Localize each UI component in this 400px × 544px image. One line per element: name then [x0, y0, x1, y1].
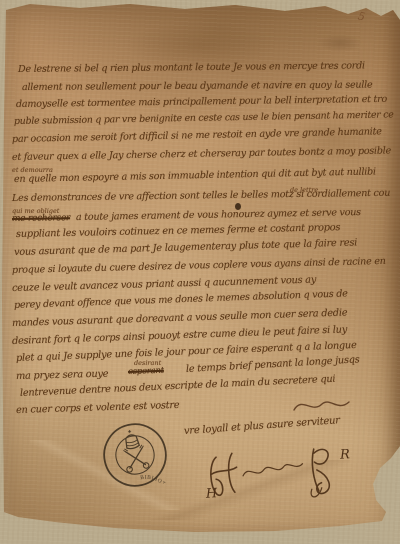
manuscript-line: esperant [128, 366, 164, 377]
pen-flourish [292, 398, 352, 416]
manuscript-line: desirant [134, 359, 161, 367]
signature-initial-h: H [205, 486, 219, 502]
manuscript-line: me recherser [12, 213, 70, 224]
royal-monogram-signature: H R [202, 440, 355, 508]
manuscript-photo: 5 De lestrene si bel q rien plus montant… [0, 0, 400, 544]
signature-initial-r: R [339, 447, 351, 463]
papal-tiara-and-keys-emblem [118, 428, 149, 473]
